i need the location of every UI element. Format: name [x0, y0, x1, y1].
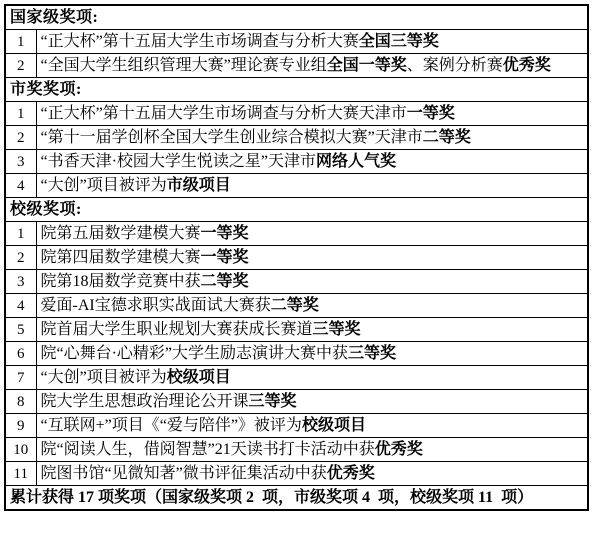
award-text: “正大杯”第十五届大学生市场调查与分析大赛全国三等奖 — [36, 30, 588, 54]
text-segment: “书香天津·校园大学生悦读之星”天津市 — [41, 153, 317, 170]
text-segment: “正大杯”第十五届大学生市场调查与分析大赛天津市 — [41, 105, 407, 122]
table-row: 8院大学生思想政治理论公开课三等奖 — [5, 390, 588, 414]
text-segment: 院“心舞台·心精彩”大学生励志演讲大赛中获 — [41, 345, 349, 362]
table-row: 10院“阅读人生，借阅智慧”21天读书打卡活动中获优秀奖 — [5, 438, 588, 462]
text-segment: 院大学生思想政治理论公开课 — [41, 393, 249, 410]
section-header-row: 校级奖项: — [5, 198, 588, 222]
row-number: 8 — [5, 390, 36, 414]
text-segment: 院第四届数学建模大赛 — [41, 249, 201, 266]
summary-text: 累计获得 17 项奖项（国家级奖项 2 项，市级奖项 4 项，校级奖项 11 项… — [5, 486, 588, 511]
text-segment: 二等奖 — [423, 129, 471, 146]
award-text: “大创”项目被评为校级项目 — [36, 366, 588, 390]
text-segment: 市级项目 — [167, 177, 231, 194]
text-segment: 三等奖 — [348, 345, 396, 362]
row-number: 4 — [5, 174, 36, 198]
summary-row: 累计获得 17 项奖项（国家级奖项 2 项，市级奖项 4 项，校级奖项 11 项… — [5, 486, 588, 511]
text-segment: 爱面-AI宝德求职实战面试大赛获 — [41, 297, 271, 314]
text-segment: “互联网+”项目《“爱与陪伴”》被评为 — [41, 417, 302, 434]
text-segment: 院第18届数学竞赛中获 — [41, 273, 201, 290]
text-segment: 优秀奖 — [503, 57, 551, 74]
table-row: 4“大创”项目被评为市级项目 — [5, 174, 588, 198]
text-segment: 、案例分析赛 — [407, 57, 503, 74]
text-segment: “大创”项目被评为 — [41, 177, 167, 194]
text-segment: 二等奖 — [201, 273, 249, 290]
award-text: “互联网+”项目《“爱与陪伴”》被评为校级项目 — [36, 414, 588, 438]
award-text: 院“阅读人生，借阅智慧”21天读书打卡活动中获优秀奖 — [36, 438, 588, 462]
row-number: 3 — [5, 150, 36, 174]
section-header-label: 国家级奖项: — [5, 5, 588, 30]
award-text: 院第18届数学竞赛中获二等奖 — [36, 270, 588, 294]
award-text: 院首届大学生职业规划大赛获成长赛道三等奖 — [36, 318, 588, 342]
section-header-row: 国家级奖项: — [5, 5, 588, 30]
row-number: 4 — [5, 294, 36, 318]
table-row: 1“正大杯”第十五届大学生市场调查与分析大赛天津市一等奖 — [5, 102, 588, 126]
text-segment: “第十一届学创杯全国大学生创业综合模拟大赛”天津市 — [41, 129, 423, 146]
row-number: 3 — [5, 270, 36, 294]
text-segment: 一等奖 — [201, 225, 249, 242]
text-segment: 全国三等奖 — [359, 33, 439, 50]
row-number: 6 — [5, 342, 36, 366]
row-number: 2 — [5, 126, 36, 150]
text-segment: “大创”项目被评为 — [41, 369, 167, 386]
text-segment: “正大杯”第十五届大学生市场调查与分析大赛 — [41, 33, 359, 50]
award-text: 院图书馆“见微知著”微书评征集活动中获优秀奖 — [36, 462, 588, 486]
text-segment: 二等奖 — [271, 297, 319, 314]
table-row: 9“互联网+”项目《“爱与陪伴”》被评为校级项目 — [5, 414, 588, 438]
row-number: 2 — [5, 54, 36, 78]
award-text: 院“心舞台·心精彩”大学生励志演讲大赛中获三等奖 — [36, 342, 588, 366]
section-header-row: 市奖奖项: — [5, 78, 588, 102]
table-row: 3院第18届数学竞赛中获二等奖 — [5, 270, 588, 294]
text-segment: 一等奖 — [201, 249, 249, 266]
table-row: 2“全国大学生组织管理大赛”理论赛专业组全国一等奖、案例分析赛优秀奖 — [5, 54, 588, 78]
award-text: “第十一届学创杯全国大学生创业综合模拟大赛”天津市二等奖 — [36, 126, 588, 150]
awards-table-body: 国家级奖项:1“正大杯”第十五届大学生市场调查与分析大赛全国三等奖2“全国大学生… — [5, 5, 588, 510]
text-segment: 网络人气奖 — [316, 153, 396, 170]
table-row: 1院第五届数学建模大赛一等奖 — [5, 222, 588, 246]
award-text: “大创”项目被评为市级项目 — [36, 174, 588, 198]
text-segment: 校级项目 — [167, 369, 231, 386]
text-segment: 一等奖 — [407, 105, 455, 122]
row-number: 7 — [5, 366, 36, 390]
table-row: 2院第四届数学建模大赛一等奖 — [5, 246, 588, 270]
row-number: 5 — [5, 318, 36, 342]
text-segment: 院“阅读人生，借阅智慧”21天读书打卡活动中获 — [41, 441, 375, 458]
text-segment: “全国大学生组织管理大赛”理论赛专业组 — [41, 57, 327, 74]
text-segment: 优秀奖 — [327, 465, 375, 482]
row-number: 1 — [5, 222, 36, 246]
text-segment: 全国一等奖 — [327, 57, 407, 74]
table-row: 6院“心舞台·心精彩”大学生励志演讲大赛中获三等奖 — [5, 342, 588, 366]
table-row: 4爱面-AI宝德求职实战面试大赛获二等奖 — [5, 294, 588, 318]
row-number: 11 — [5, 462, 36, 486]
text-segment: 三等奖 — [249, 393, 297, 410]
row-number: 1 — [5, 102, 36, 126]
row-number: 9 — [5, 414, 36, 438]
row-number: 10 — [5, 438, 36, 462]
table-row: 3“书香天津·校园大学生悦读之星”天津市网络人气奖 — [5, 150, 588, 174]
text-segment: 院第五届数学建模大赛 — [41, 225, 201, 242]
award-text: 院第五届数学建模大赛一等奖 — [36, 222, 588, 246]
text-segment: 校级项目 — [302, 417, 366, 434]
section-header-label: 校级奖项: — [5, 198, 588, 222]
award-text: 院大学生思想政治理论公开课三等奖 — [36, 390, 588, 414]
row-number: 2 — [5, 246, 36, 270]
table-row: 1“正大杯”第十五届大学生市场调查与分析大赛全国三等奖 — [5, 30, 588, 54]
award-text: 院第四届数学建模大赛一等奖 — [36, 246, 588, 270]
section-header-label: 市奖奖项: — [5, 78, 588, 102]
table-row: 5院首届大学生职业规划大赛获成长赛道三等奖 — [5, 318, 588, 342]
row-number: 1 — [5, 30, 36, 54]
awards-table: 国家级奖项:1“正大杯”第十五届大学生市场调查与分析大赛全国三等奖2“全国大学生… — [4, 4, 589, 511]
table-row: 7“大创”项目被评为校级项目 — [5, 366, 588, 390]
award-text: “全国大学生组织管理大赛”理论赛专业组全国一等奖、案例分析赛优秀奖 — [36, 54, 588, 78]
award-text: “正大杯”第十五届大学生市场调查与分析大赛天津市一等奖 — [36, 102, 588, 126]
text-segment: 院首届大学生职业规划大赛获成长赛道 — [41, 321, 313, 338]
table-row: 2“第十一届学创杯全国大学生创业综合模拟大赛”天津市二等奖 — [5, 126, 588, 150]
table-row: 11院图书馆“见微知著”微书评征集活动中获优秀奖 — [5, 462, 588, 486]
text-segment: 累计获得 17 项奖项（国家级奖项 2 项，市级奖项 4 项，校级奖项 11 项… — [10, 489, 533, 506]
text-segment: 三等奖 — [313, 321, 361, 338]
text-segment: 优秀奖 — [375, 441, 423, 458]
award-text: 爱面-AI宝德求职实战面试大赛获二等奖 — [36, 294, 588, 318]
text-segment: 院图书馆“见微知著”微书评征集活动中获 — [41, 465, 327, 482]
award-text: “书香天津·校园大学生悦读之星”天津市网络人气奖 — [36, 150, 588, 174]
